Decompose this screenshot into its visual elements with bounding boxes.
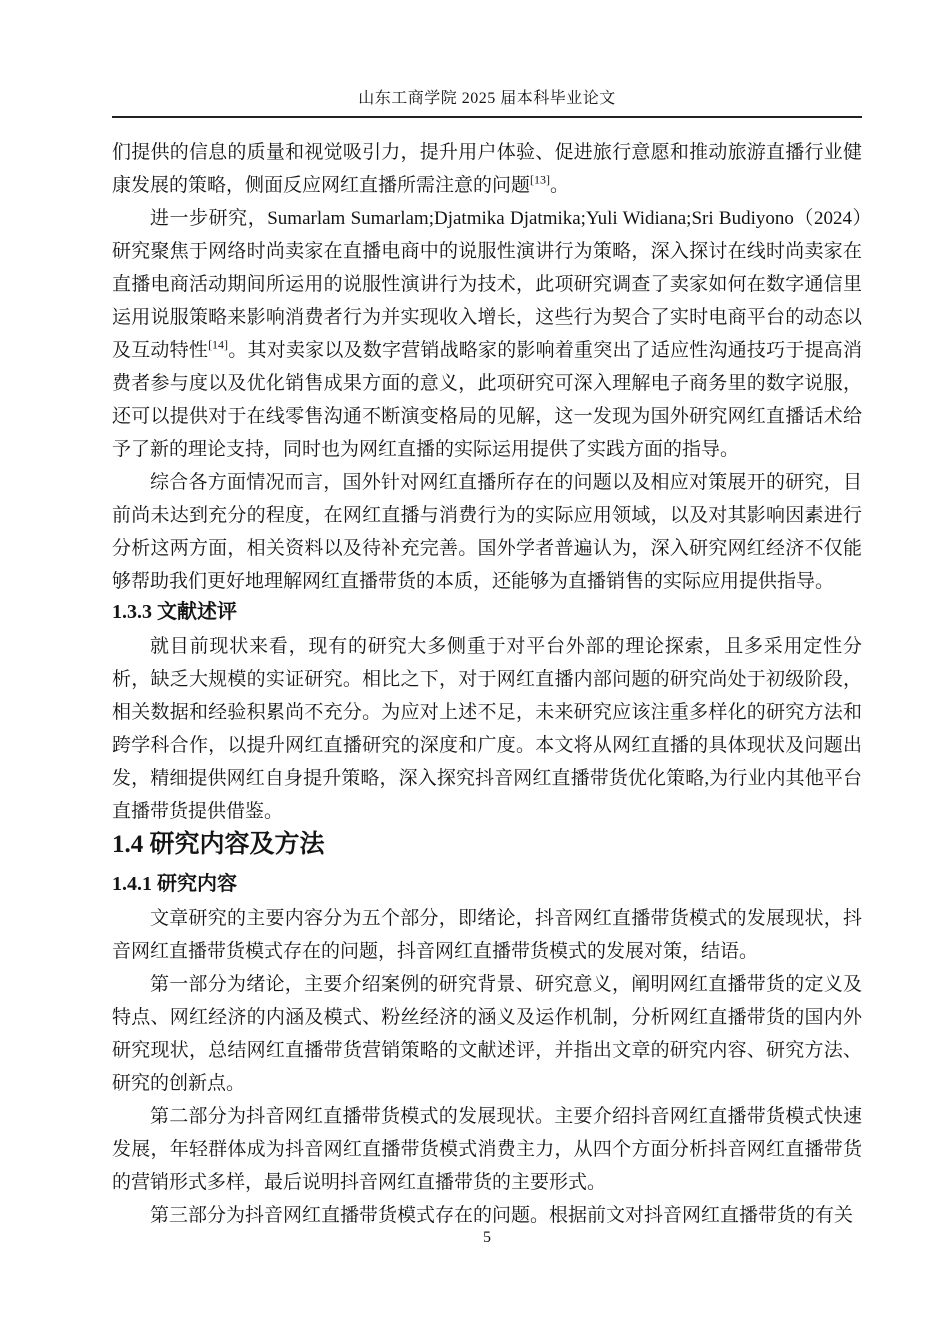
subsection-heading: 1.3.3 文献述评: [112, 598, 862, 626]
paragraph: 综合各方面情况而言，国外针对网红直播所存在的问题以及相应对策展开的研究，目前尚未…: [112, 466, 862, 598]
paragraph: 进一步研究，Sumarlam Sumarlam;Djatmika Djatmik…: [112, 202, 862, 466]
page-footer: 5: [112, 1228, 862, 1248]
running-head-title: 山东工商学院 2025 届本科毕业论文: [358, 90, 616, 107]
document-body: 们提供的信息的质量和视觉吸引力，提升用户体验、促进旅行意愿和推动旅游直播行业健康…: [112, 136, 862, 1232]
section-heading: 1.4 研究内容及方法: [112, 828, 862, 862]
citation-marker: [13]: [530, 173, 550, 187]
paragraph: 第一部分为绪论，主要介绍案例的研究背景、研究意义，阐明网红直播带货的定义及特点、…: [112, 968, 862, 1100]
page-number: 5: [483, 1229, 491, 1246]
thesis-page: 山东工商学院 2025 届本科毕业论文 们提供的信息的质量和视觉吸引力，提升用户…: [0, 0, 950, 1344]
paragraph: 第二部分为抖音网红直播带货模式的发展现状。主要介绍抖音网红直播带货模式快速发展，…: [112, 1100, 862, 1199]
paragraph: 们提供的信息的质量和视觉吸引力，提升用户体验、促进旅行意愿和推动旅游直播行业健康…: [112, 136, 862, 202]
paragraph: 文章研究的主要内容分为五个部分，即绪论，抖音网红直播带货模式的发展现状，抖音网红…: [112, 902, 862, 968]
page-content: 山东工商学院 2025 届本科毕业论文 们提供的信息的质量和视觉吸引力，提升用户…: [112, 86, 862, 1232]
paragraph: 就目前现状来看，现有的研究大多侧重于对平台外部的理论探索，且多采用定性分析，缺乏…: [112, 630, 862, 828]
citation-marker: [14]: [208, 338, 228, 352]
page-header: 山东工商学院 2025 届本科毕业论文: [112, 86, 862, 118]
subsection-heading: 1.4.1 研究内容: [112, 870, 862, 898]
